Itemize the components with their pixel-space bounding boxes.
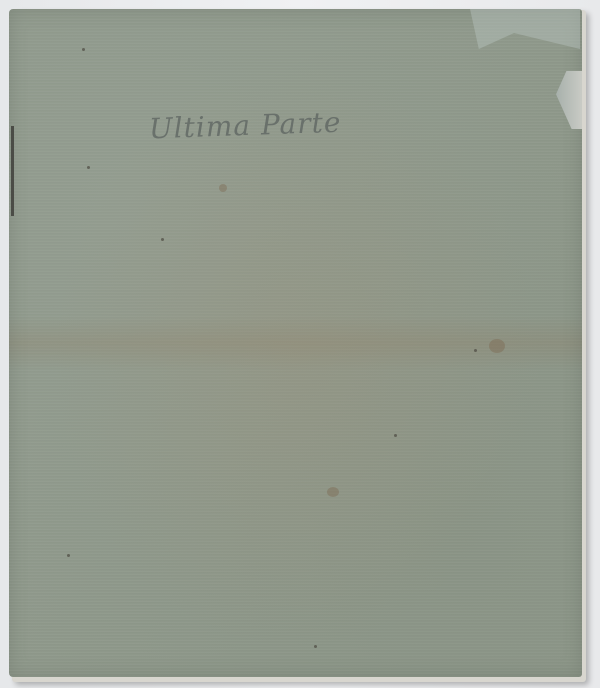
speck <box>161 238 164 241</box>
stain <box>219 184 227 192</box>
speck <box>82 48 85 51</box>
spine-edge <box>11 126 14 216</box>
torn-edge <box>556 71 582 129</box>
speck <box>67 554 70 557</box>
speck <box>394 434 397 437</box>
speck <box>87 166 90 169</box>
speck <box>474 349 477 352</box>
stain <box>489 339 505 353</box>
handwritten-inscription: Ultima Parte <box>148 106 341 146</box>
worn-corner <box>470 9 580 49</box>
stain <box>327 487 339 497</box>
notebook-cover: Ultima Parte <box>9 9 582 677</box>
speck <box>314 645 317 648</box>
